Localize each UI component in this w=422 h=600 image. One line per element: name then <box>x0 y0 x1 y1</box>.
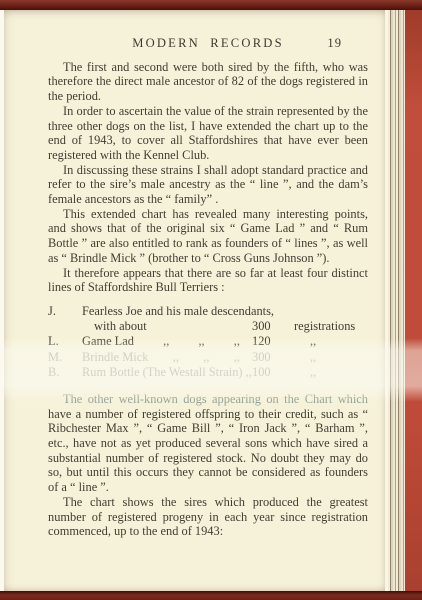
row-name: Brindle Mick <box>82 350 148 364</box>
table-row: with about 300 registrations <box>48 319 368 333</box>
row-letter: B. <box>48 365 82 379</box>
paragraph-7: The chart shows the sires which produced… <box>48 495 368 539</box>
row-unit: ,, <box>294 334 368 348</box>
paragraph-6: The other well-known dogs appearing on t… <box>48 392 368 495</box>
row-unit: ,, <box>294 350 368 364</box>
paragraph-1: The first and second were both sired by … <box>48 60 368 104</box>
stacked-page-edges <box>385 6 405 596</box>
book-page: MODERN RECORDS 19 The first and second w… <box>4 10 385 591</box>
table-row: J. Fearless Joe and his male descendants… <box>48 304 368 318</box>
ditto-mark: ,, <box>163 334 169 348</box>
row-name-cont: with about <box>82 319 252 333</box>
table-row: L. Game Lad ,, ,, ,, 120 ,, <box>48 334 368 348</box>
ditto-mark: ,, <box>173 350 179 364</box>
row-name: Game Lad <box>82 334 134 348</box>
paragraph-2: In order to ascertain the value of the s… <box>48 104 368 163</box>
running-header: MODERN RECORDS 19 <box>48 36 368 51</box>
row-unit: registrations <box>294 319 368 333</box>
book-cover-right <box>405 0 422 600</box>
row-name: Rum Bottle (The Westall Strain) ,, <box>82 365 252 379</box>
paragraph-5: It therefore appears that there are so f… <box>48 266 368 295</box>
paragraph-4: This extended chart has revealed many in… <box>48 207 368 266</box>
table-row: M. Brindle Mick ,, ,, ,, 300 ,, <box>48 350 368 364</box>
row-letter: M. <box>48 350 82 364</box>
row-count: 300 <box>252 319 294 333</box>
table-row: B. Rum Bottle (The Westall Strain) ,, 10… <box>48 365 368 379</box>
row-letter: J. <box>48 304 82 318</box>
page-title: MODERN RECORDS <box>132 36 284 50</box>
lines-table: J. Fearless Joe and his male descendants… <box>48 304 368 379</box>
row-name: Fearless Joe and his male descendants, <box>82 304 368 318</box>
page-number: 19 <box>327 36 342 51</box>
row-count: 300 <box>252 350 294 364</box>
row-count: 120 <box>252 334 294 348</box>
book-cover-bottom-edge <box>0 591 422 600</box>
ditto-mark: ,, <box>198 334 204 348</box>
ditto-mark: ,, <box>203 350 209 364</box>
row-unit: ,, <box>294 365 368 379</box>
row-letter: L. <box>48 334 82 348</box>
ditto-mark: ,, <box>234 350 240 364</box>
row-count: 100 <box>252 365 294 379</box>
book-scan: MODERN RECORDS 19 The first and second w… <box>0 0 422 600</box>
ditto-mark: ,, <box>234 334 240 348</box>
page-content: MODERN RECORDS 19 The first and second w… <box>48 36 368 539</box>
book-cover-top-edge <box>0 0 422 10</box>
paragraph-3: In discussing these strains I shall adop… <box>48 163 368 207</box>
